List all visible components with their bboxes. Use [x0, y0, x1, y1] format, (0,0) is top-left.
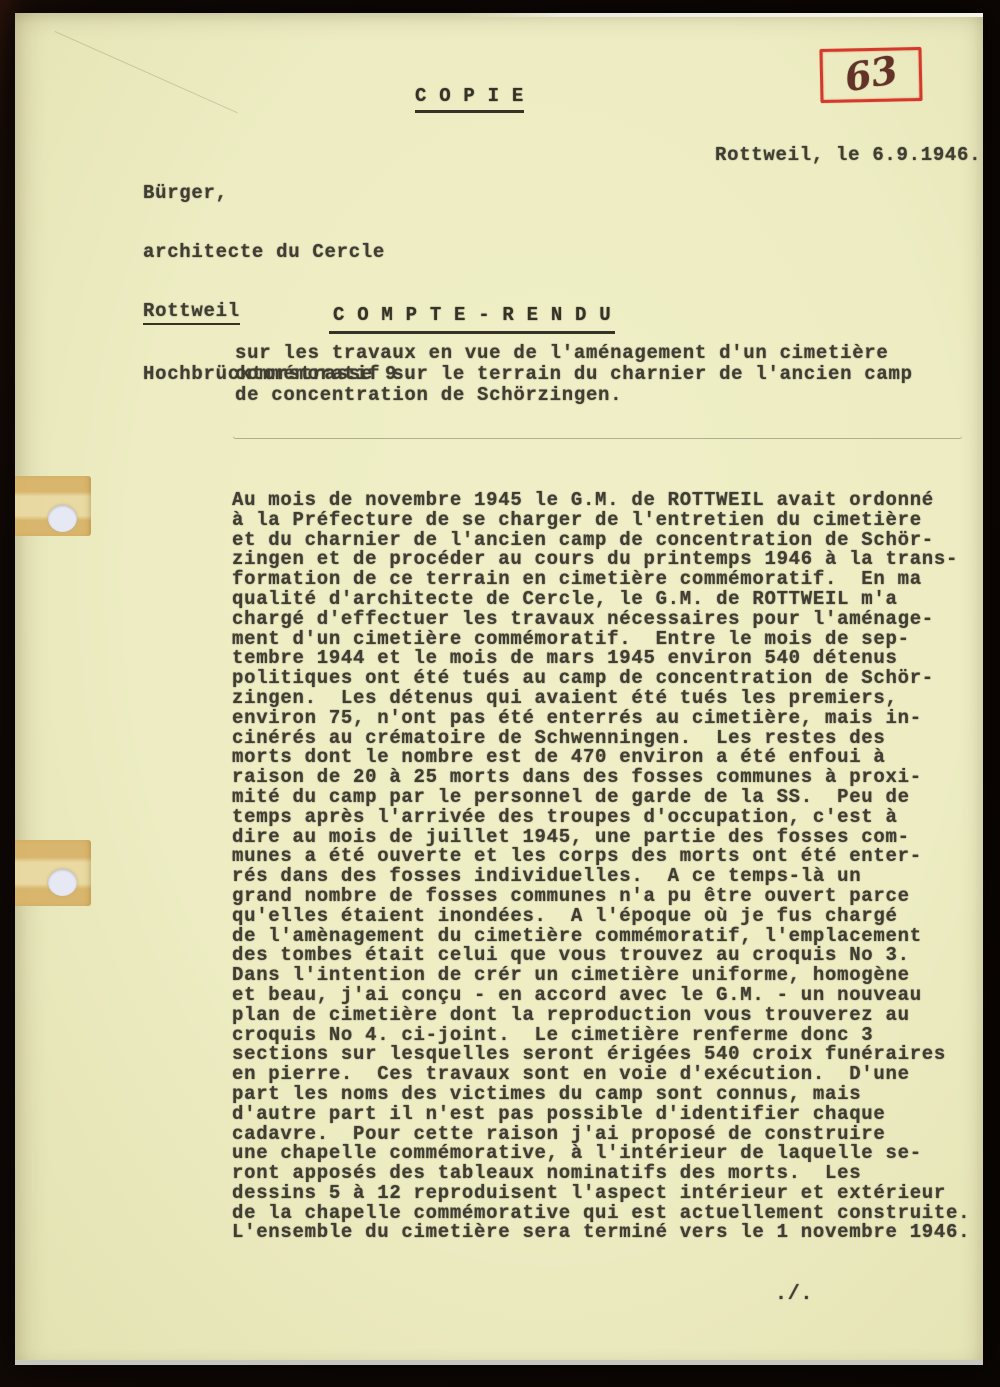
body-line: L'ensemble du cimetière sera terminé ver… [232, 1223, 970, 1243]
body-line: chargé d'effectuer les travaux nécessair… [232, 610, 970, 630]
body-line: raison de 20 à 25 morts dans des fosses … [232, 768, 970, 788]
scan-background: { "document": { "copy_label": "C O P I E… [0, 0, 1000, 1387]
subject-paragraph: sur les travaux en vue de l'aménagement … [235, 343, 913, 405]
body-line: à la Préfecture de se charger de l'entre… [232, 511, 970, 531]
body-line: qualité d'architecte de Cercle, le G.M. … [232, 590, 970, 610]
body-line: d'autre part il n'est pas possible d'ide… [232, 1105, 970, 1125]
body-line: part les noms des victimes du camp sont … [232, 1085, 970, 1105]
body-line: environ 75, n'ont pas été enterrés au ci… [232, 709, 970, 729]
body-line: ront apposés des tableaux nominatifs des… [232, 1164, 970, 1184]
body-line: dessins 5 à 12 reproduisent l'aspect int… [232, 1184, 970, 1204]
copy-label: C O P I E [415, 85, 524, 113]
sender-name: Bürger, [143, 184, 397, 204]
dateline: Rottweil, le 6.9.1946. [715, 144, 981, 166]
subject-line: de concentration de Schörzingen. [235, 385, 913, 406]
body-line: Au mois de novembre 1945 le G.M. de ROTT… [232, 491, 970, 511]
body-line: en pierre. Ces travaux sont en voie d'ex… [232, 1065, 970, 1085]
document-heading: C O M P T E - R E N D U [329, 304, 615, 334]
body-line: formation de ce terrain en cimetière com… [232, 570, 970, 590]
body-line: temps après l'arrivée des troupes d'occu… [232, 808, 970, 828]
subject-line: sur les travaux en vue de l'aménagement … [235, 343, 913, 364]
sender-title: architecte du Cercle [143, 243, 397, 263]
archive-stamp-box: 63 [819, 47, 922, 103]
body-line: zingen. Les détenus qui avaient été tués… [232, 689, 970, 709]
body-paragraph: Au mois de novembre 1945 le G.M. de ROTT… [232, 491, 970, 1243]
body-line: mité du camp par le personnel de garde d… [232, 788, 970, 808]
body-line: et beau, j'ai conçu - en accord avec le … [232, 986, 970, 1006]
body-line: Dans l'intention de crér un cimetière un… [232, 966, 970, 986]
scanned-letter-page: C O P I E 63 Bürger, architecte du Cercl… [15, 13, 983, 1365]
continuation-mark: ./. [775, 1283, 813, 1306]
body-line: politiques ont été tués au camp de conce… [232, 669, 970, 689]
punch-hole-bottom [48, 869, 77, 896]
punch-hole-top [48, 505, 77, 532]
body-line: rés dans des fosses individuelles. A ce … [232, 867, 970, 887]
body-line: plan de cimetière dont la reproduction v… [232, 1006, 970, 1026]
paper-top-edge [460, 13, 983, 17]
horizontal-rule [233, 433, 962, 438]
body-line: qu'elles étaient inondées. A l'époque où… [232, 907, 970, 927]
body-line: grand nombre de fosses communes n'a pu ê… [232, 887, 970, 907]
stamp-page-number: 63 [841, 46, 901, 100]
subject-line: commémoratif sur le terrain du charnier … [235, 364, 913, 385]
